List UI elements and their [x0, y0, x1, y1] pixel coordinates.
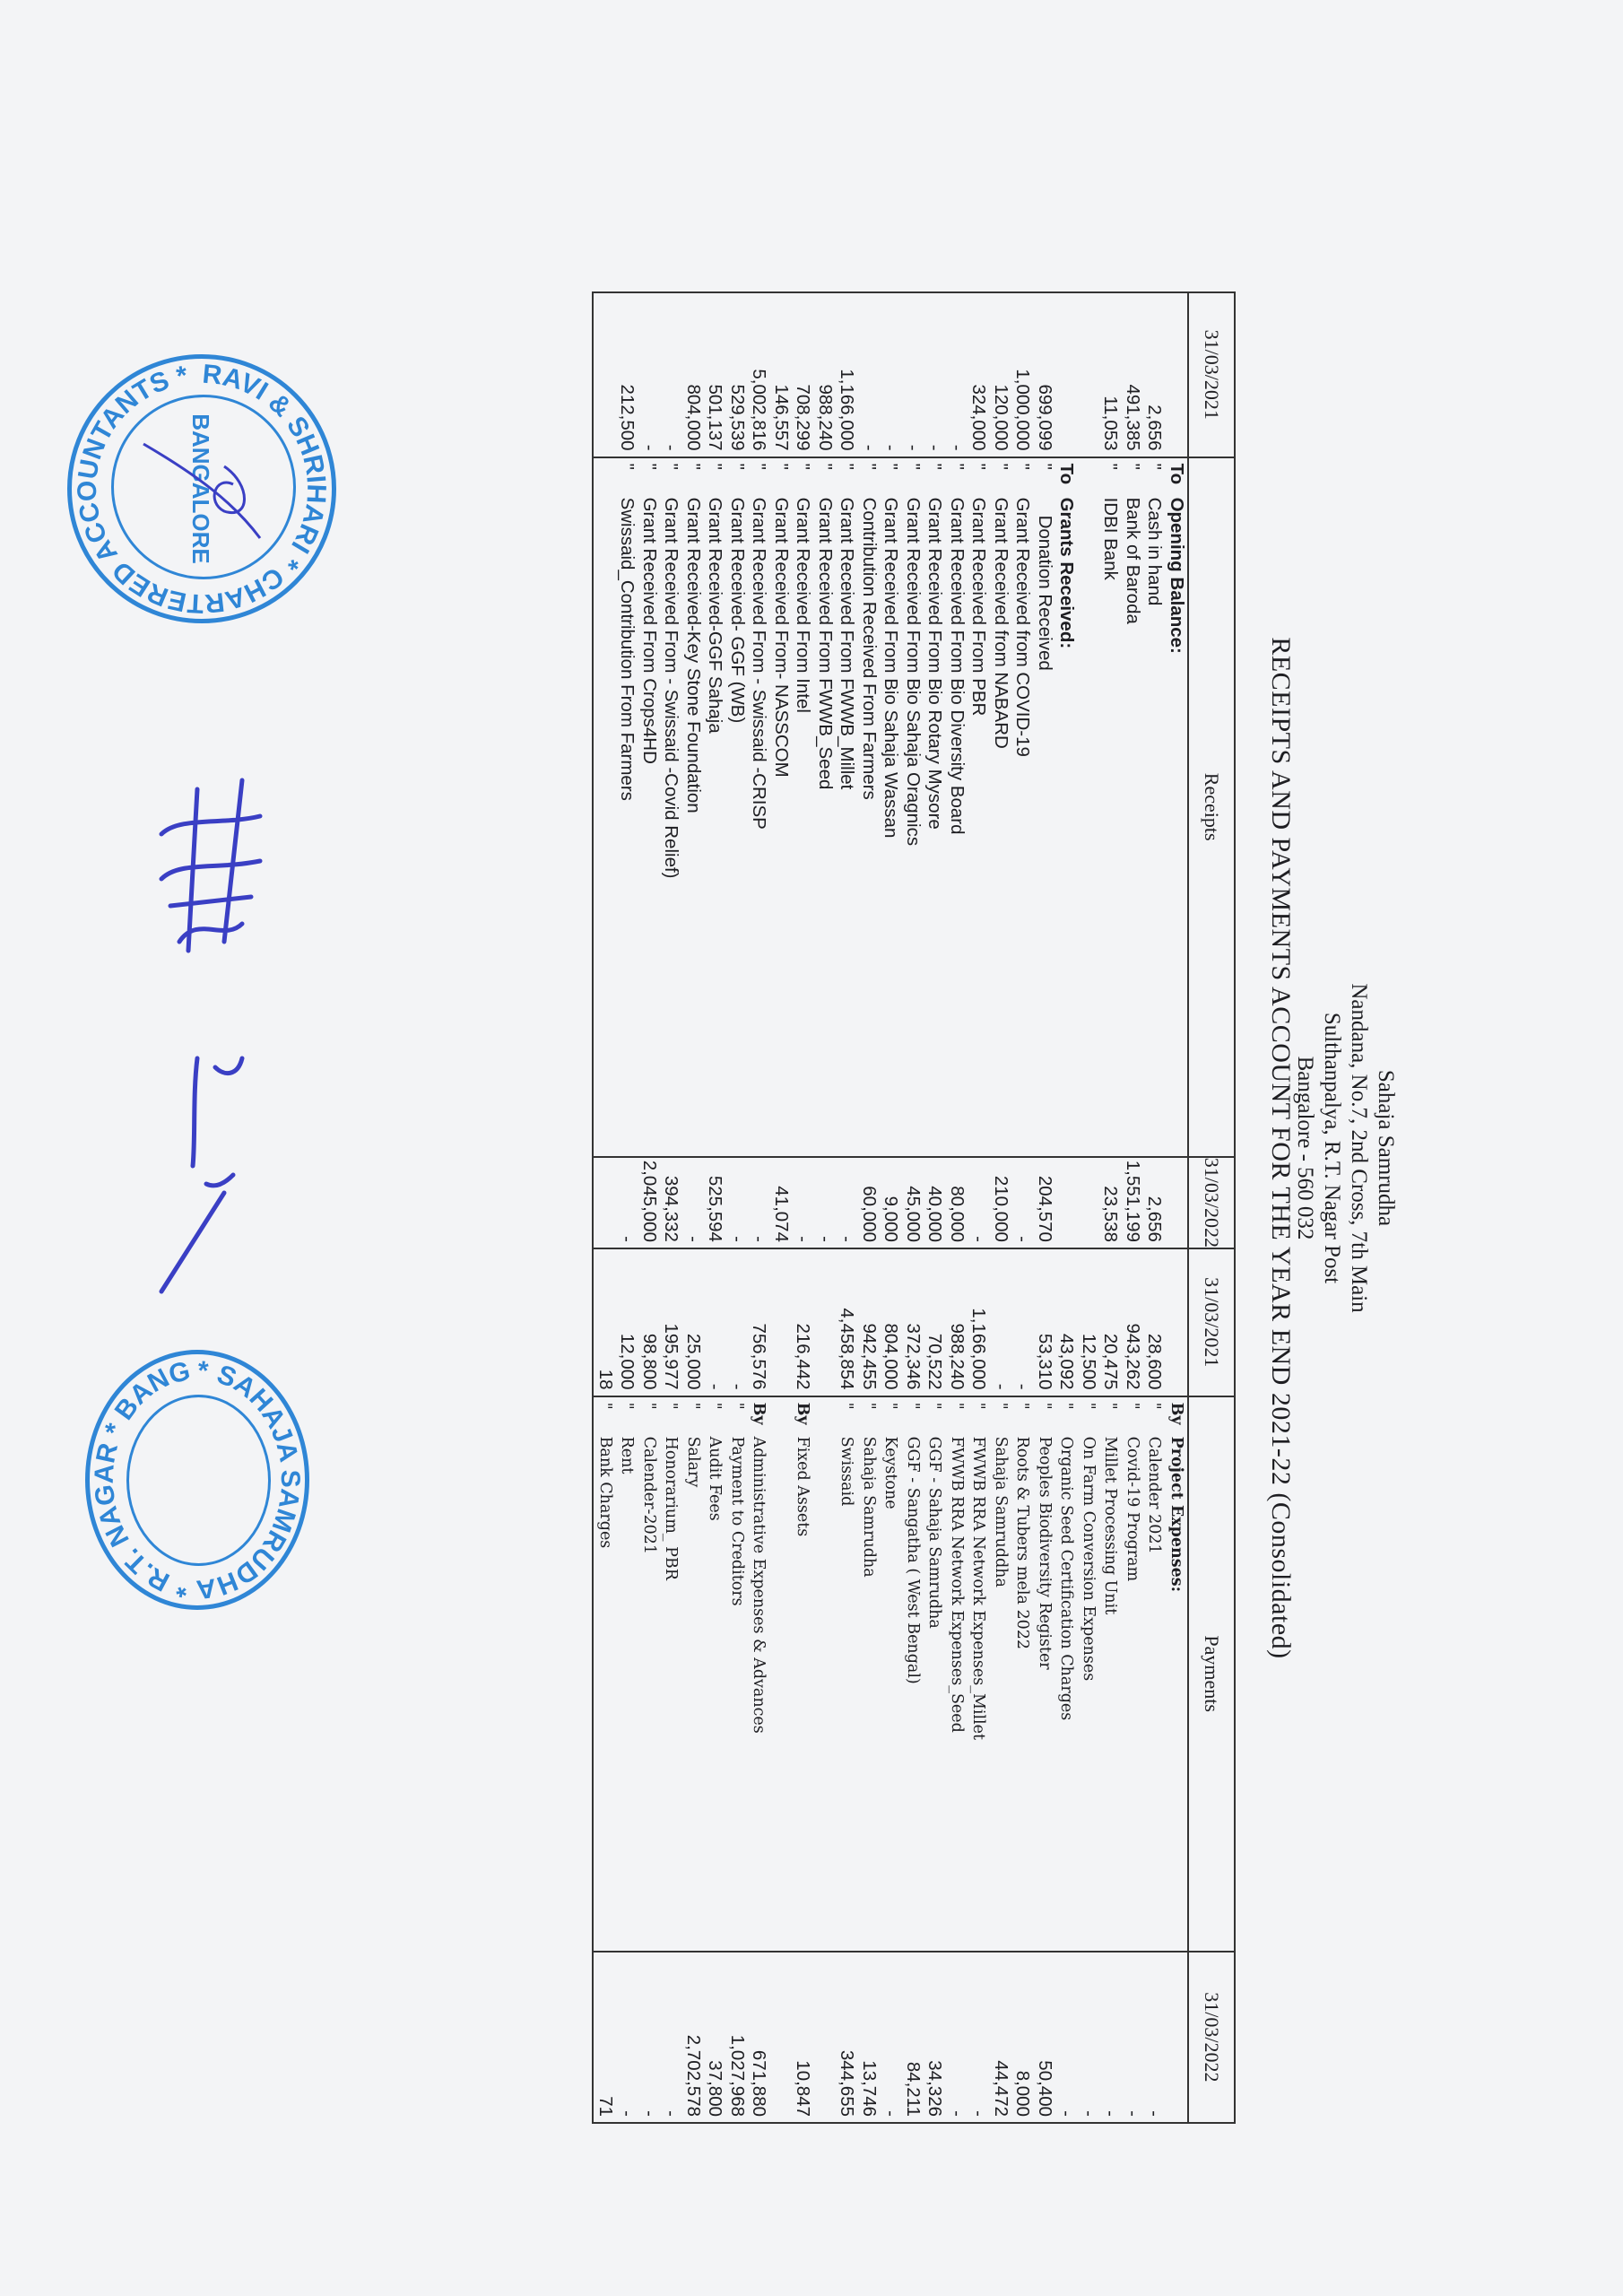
line-prefix: To [1166, 458, 1188, 498]
payments-prev-value: - [726, 1249, 749, 1390]
payments-curr-value: - [616, 1952, 638, 2117]
payments-line-item: ByFixed Assets [792, 1397, 814, 1951]
payments-line-item: "Rent [616, 1397, 638, 1951]
payments-curr-value [814, 1952, 837, 2117]
payments-line-item [814, 1397, 837, 1951]
line-prefix: " [1143, 1397, 1166, 1437]
payments-line-item: ByAdministrative Expenses & Advances [748, 1397, 770, 1951]
payments-prev-value: - [990, 1249, 1012, 1390]
receipts-line-item: "Grant Received-GGF Sahaja [704, 458, 726, 1156]
line-label [816, 1437, 834, 1442]
address-line-2: Sulthanpalya, R.T. Nagar Post [1318, 0, 1345, 2296]
receipts-curr-value: 204,570 [1034, 1158, 1056, 1242]
line-label: Grant Received-GGF Sahaja [706, 498, 726, 734]
line-prefix: " [726, 1397, 749, 1437]
receipts-line-item: "Grant Received- GGF (WB) [726, 458, 749, 1156]
payments-line-item: "Audit Fees [704, 1397, 726, 1951]
line-label: Payment to Creditors [728, 1437, 746, 1606]
payments-curr-value: 71 [595, 1952, 617, 2117]
line-label: Keystone [882, 1437, 900, 1509]
line-label: Grant Received From - Swissaid -CRISP [750, 498, 770, 830]
payments-line-item: "Sahaja Samrudha [858, 1397, 881, 1951]
receipts-prev-value: - [858, 293, 881, 451]
receipts-description-column: ToOpening Balance:"Cash in hand"Bank of … [594, 457, 1189, 1157]
receipts-prev-value: 988,240 [814, 293, 837, 451]
receipts-line-item: "Grant Received From PBR [968, 458, 990, 1156]
receipts-curr-value: 1,551,199 [1122, 1158, 1144, 1242]
line-label: Opening Balance: [1167, 498, 1187, 654]
payments-curr-value: 8,000 [1011, 1952, 1034, 2117]
payments-line-item: "Peoples Biodiversity Register [1034, 1397, 1056, 1951]
line-prefix: " [704, 458, 726, 498]
payments-line-item: "FWWB RRA Network Expenses_Millet [968, 1397, 990, 1951]
receipts-prev-value: - [924, 293, 946, 451]
receipts-line-item: "Grant Received From Intel [792, 458, 814, 1156]
header-receipts: Receipts [1188, 457, 1235, 1157]
receipts-line-item: "Donation Received [1034, 458, 1056, 1156]
receipts-prev-value: 5,002,816 [748, 293, 770, 451]
line-label: Grant Received From PBR [969, 498, 990, 717]
line-prefix: " [638, 458, 661, 498]
payments-line-item: ByProject Expenses: [1166, 1397, 1188, 1951]
payments-line-item: "Keystone [880, 1397, 902, 1951]
payments-curr-value: - [660, 1952, 682, 2117]
receipts-prev-value: 212,500 [616, 293, 638, 451]
receipts-prev-value: 699,099 [1034, 293, 1056, 451]
auditor-stamp: RAVI & SHRIHARI * CHARTERED ACCOUNTANTS … [67, 354, 336, 623]
line-prefix: " [858, 458, 881, 498]
line-label: Grant Received From FWWB_Millet [838, 498, 858, 790]
receipts-line-item: "Grant Received From FWWB_Millet [836, 458, 858, 1156]
receipts-line-item: "Grant Received From FWWB_Seed [814, 458, 837, 1156]
payments-curr-value: 44,472 [990, 1952, 1012, 2117]
header-receipts-prev-year: 31/03/2021 [1188, 292, 1235, 457]
receipts-curr-value: - [836, 1158, 858, 1242]
line-prefix: " [902, 1397, 924, 1437]
receipts-prev-value: 708,299 [792, 293, 814, 451]
line-label: Swissaid_Contribution From Farmers [618, 498, 638, 801]
receipts-line-item: "Grant Received From Bio Sahaja Wassan [880, 458, 902, 1156]
header-payments-prev-year: 31/03/2021 [1188, 1248, 1235, 1396]
line-prefix: " [1011, 1397, 1034, 1437]
line-label: Swissaid [838, 1437, 856, 1507]
receipts-line-item [1078, 458, 1100, 1156]
receipts-line-item: "Contribution Received From Farmers [858, 458, 881, 1156]
line-prefix: " [682, 458, 705, 498]
line-prefix: " [814, 458, 837, 498]
line-prefix: " [880, 458, 902, 498]
line-prefix: " [748, 458, 770, 498]
payments-curr-value: 34,326 [924, 1952, 946, 2117]
payments-line-item: "Payment to Creditors [726, 1397, 749, 1951]
payments-line-item: "Covid-19 Program [1122, 1397, 1144, 1951]
line-prefix: " [704, 1397, 726, 1437]
svg-text:* SAHAJA SAMRUDHA * R.T. NAGAR: * SAHAJA SAMRUDHA * R.T. NAGAR * BANGALO… [90, 1354, 305, 1605]
line-label: IDBI Bank [1101, 498, 1122, 580]
line-prefix: " [1078, 1397, 1100, 1437]
receipts-line-item: "Grant Received From - Swissaid -CRISP [748, 458, 770, 1156]
receipts-curr-value: 2,656 [1143, 1158, 1166, 1242]
header-payments-curr-year: 31/03/2022 [1188, 1952, 1235, 2123]
payments-curr-value [1166, 1952, 1188, 2117]
line-label: Bank of Baroda [1123, 498, 1143, 624]
line-prefix: " [880, 1397, 902, 1437]
receipts-prev-value: 804,000 [682, 293, 705, 451]
payments-prev-value: 942,455 [858, 1249, 881, 1390]
line-label: GGF - Sangatha ( West Bengal) [904, 1437, 922, 1684]
line-label: FWWB RRA Network Expenses_Seed [948, 1437, 966, 1733]
line-prefix: " [792, 458, 814, 498]
receipts-curr-value: - [748, 1158, 770, 1242]
line-label: Grant Received From- NASSCOM [771, 498, 792, 778]
payments-curr-value: 84,211 [902, 1952, 924, 2117]
line-label: Grant Received From Intel [794, 498, 814, 713]
payments-prev-value: 756,576 [748, 1249, 770, 1390]
line-label: Donation Received [1035, 498, 1055, 671]
line-prefix: " [1055, 1397, 1078, 1437]
line-label: Audit Fees [707, 1437, 725, 1521]
line-label: GGF - Sahaja Samrudha [926, 1437, 944, 1629]
line-label: Grant Received from COVID-19 [1013, 498, 1034, 757]
payments-curr-value: - [1055, 1952, 1078, 2117]
line-label: Grant Received From Bio Rotary Mysore [925, 498, 946, 830]
receipts-curr-value: 41,074 [770, 1158, 793, 1242]
line-prefix: By [1166, 1397, 1188, 1437]
line-label: Administrative Expenses & Advances [751, 1437, 768, 1734]
line-label: Contribution Received From Farmers [859, 498, 880, 800]
line-prefix: By [792, 1397, 814, 1437]
receipts-curr-value: - [968, 1158, 990, 1242]
receipts-curr-value: 525,594 [704, 1158, 726, 1242]
payments-curr-year-column: -----50,4008,00044,472--34,32684,211-13,… [594, 1952, 1189, 2123]
payments-line-item: "FWWB RRA Network Expenses_Seed [946, 1397, 968, 1951]
receipts-curr-value: 23,538 [1099, 1158, 1122, 1242]
line-prefix: By [748, 1397, 770, 1437]
line-label: Peoples Biodiversity Register [1036, 1437, 1054, 1670]
line-prefix: " [1099, 1397, 1122, 1437]
payments-line-item: "GGF - Sahaja Samrudha [924, 1397, 946, 1951]
organization-name: Sahaja Samrudha [1372, 0, 1399, 2296]
document-page: Sahaja Samrudha Nandana, No.7, 2nd Cross… [0, 0, 1623, 2296]
receipts-curr-value [1166, 1158, 1188, 1242]
payments-line-item: "On Farm Conversion Expenses [1078, 1397, 1100, 1951]
line-prefix: " [1143, 458, 1166, 498]
payments-curr-value: - [880, 1952, 902, 2117]
receipts-prev-value: 2,656 [1143, 293, 1166, 451]
payments-prev-value: 943,262 [1122, 1249, 1144, 1390]
payments-prev-value: 12,500 [1078, 1249, 1100, 1390]
payments-prev-value [1166, 1249, 1188, 1390]
payments-prev-value: 195,977 [660, 1249, 682, 1390]
line-label: Sahaja Samruddha [992, 1437, 1010, 1587]
receipts-line-item: "IDBI Bank [1099, 458, 1122, 1156]
receipts-prev-value: - [638, 293, 661, 451]
line-prefix: " [836, 458, 858, 498]
receipts-curr-value: - [726, 1158, 749, 1242]
receipts-line-item: "Grant Received From- NASSCOM [770, 458, 793, 1156]
payments-line-item: "Bank Charges [595, 1397, 617, 1951]
line-prefix: " [946, 1397, 968, 1437]
line-prefix: " [990, 1397, 1012, 1437]
line-prefix: " [770, 458, 793, 498]
payments-prev-value: 804,000 [880, 1249, 902, 1390]
receipts-line-item: ToGrants Received: [1055, 458, 1078, 1156]
receipts-prev-value: - [946, 293, 968, 451]
header-receipts-curr-year: 31/03/2022 [1188, 1157, 1235, 1248]
line-prefix: " [682, 1397, 705, 1437]
receipts-prev-value: 120,000 [990, 293, 1012, 451]
payments-prev-year-column: 28,600943,26220,47512,50043,09253,310--1… [594, 1248, 1189, 1396]
line-prefix: " [638, 1397, 661, 1437]
payments-prev-value: - [704, 1249, 726, 1390]
line-prefix: " [968, 458, 990, 498]
line-prefix: " [946, 458, 968, 498]
payments-curr-value: 10,847 [792, 1952, 814, 2117]
payments-prev-value [814, 1249, 837, 1390]
line-label: Grant Received- GGF (WB) [727, 498, 748, 724]
line-label: Millet Processing Unit [1102, 1437, 1120, 1615]
organization-stamp-text-icon: * SAHAJA SAMRUDHA * R.T. NAGAR * BANGALO… [90, 1354, 305, 1605]
payments-prev-value [770, 1249, 793, 1390]
line-label: Covid-19 Program [1124, 1437, 1141, 1582]
line-prefix: " [1034, 458, 1056, 498]
receipts-line-item: "Bank of Baroda [1122, 458, 1144, 1156]
receipts-line-item: "Swissaid_Contribution From Farmers [616, 458, 638, 1156]
payments-curr-value: - [968, 1952, 990, 2117]
line-label [1079, 498, 1099, 503]
receipts-prev-value: 11,053 [1099, 293, 1122, 451]
line-label: Grants Received: [1057, 498, 1078, 649]
payments-prev-value: 28,600 [1143, 1249, 1166, 1390]
receipts-curr-value: - [1011, 1158, 1034, 1242]
line-label: Cash in hand [1145, 498, 1166, 606]
line-label: Bank Charges [596, 1437, 614, 1549]
payments-curr-value [770, 1952, 793, 2117]
line-prefix: " [924, 1397, 946, 1437]
line-prefix: " [1099, 458, 1122, 498]
receipts-prev-value: 1,166,000 [836, 293, 858, 451]
receipts-prev-value: 146,557 [770, 293, 793, 451]
payments-line-item: "Millet Processing Unit [1099, 1397, 1122, 1951]
receipts-curr-value: 9,000 [880, 1158, 902, 1242]
organization-stamp: * SAHAJA SAMRUDHA * R.T. NAGAR * BANGALO… [85, 1350, 309, 1610]
line-prefix: " [1034, 1397, 1056, 1437]
receipts-line-item: "Grant Received From - Swissaid -Covid R… [660, 458, 682, 1156]
payments-prev-value: 43,092 [1055, 1249, 1078, 1390]
payments-curr-value: - [1078, 1952, 1100, 2117]
line-prefix: " [726, 458, 749, 498]
line-label: Organic Seed Certification Charges [1058, 1437, 1076, 1721]
payments-line-item: "GGF - Sangatha ( West Bengal) [902, 1397, 924, 1951]
line-label: FWWB RRA Network Expenses_Millet [970, 1437, 988, 1740]
line-label: Grant Received From FWWB_Seed [815, 498, 836, 790]
payments-line-item: "Salary [682, 1397, 705, 1951]
payments-prev-value: 25,000 [682, 1249, 705, 1390]
payments-line-item: "Calender 2021 [1143, 1397, 1166, 1951]
payments-curr-value: - [946, 1952, 968, 2117]
receipts-curr-value: - [814, 1158, 837, 1242]
payments-line-item: "Calender-2021 [638, 1397, 661, 1951]
payments-curr-value: - [638, 1952, 661, 2117]
payments-prev-value: 1,166,000 [968, 1249, 990, 1390]
receipts-curr-value: 60,000 [858, 1158, 881, 1242]
payments-line-item: "Organic Seed Certification Charges [1055, 1397, 1078, 1951]
payments-line-item: "Roots & Tubers mela 2022 [1011, 1397, 1034, 1951]
receipts-line-item: "Grant Received From Bio Sahaja Oragnics [902, 458, 924, 1156]
payments-prev-value: 20,475 [1099, 1249, 1122, 1390]
line-label [772, 1437, 790, 1442]
payments-curr-value: 671,880 [748, 1952, 770, 2117]
line-label: Calender-2021 [640, 1437, 658, 1554]
payments-prev-value: 216,442 [792, 1249, 814, 1390]
line-prefix: " [924, 458, 946, 498]
line-prefix: " [836, 1397, 858, 1437]
organization-header: Sahaja Samrudha Nandana, No.7, 2nd Cross… [1291, 0, 1399, 2296]
line-prefix: " [902, 458, 924, 498]
receipts-prev-year-column: 2,656491,38511,053 699,0991,000,000120,0… [594, 292, 1189, 457]
payments-curr-value: 37,800 [704, 1952, 726, 2117]
line-label: Grant Received From Bio Sahaja Wassan [881, 498, 902, 839]
signature-2-icon [135, 1040, 278, 1309]
receipts-prev-value [1078, 293, 1100, 451]
line-prefix: " [660, 458, 682, 498]
payments-prev-value: 4,458,854 [836, 1249, 858, 1390]
header-payments: Payments [1188, 1396, 1235, 1952]
line-prefix: " [968, 1397, 990, 1437]
receipts-line-item: ToOpening Balance: [1166, 458, 1188, 1156]
payments-curr-value: 1,027,968 [726, 1952, 749, 2117]
line-prefix: " [616, 458, 638, 498]
line-label: Rent [619, 1437, 637, 1474]
payments-prev-value: 988,240 [946, 1249, 968, 1390]
receipts-curr-value: - [682, 1158, 705, 1242]
payments-prev-value: 372,346 [902, 1249, 924, 1390]
signature-1-icon [152, 762, 278, 978]
receipts-curr-year-column: 2,6561,551,19923,538 204,570-210,000-80,… [594, 1157, 1189, 1248]
payments-curr-value: - [1099, 1952, 1122, 2117]
receipts-line-item: "Grant Received from COVID-19 [1011, 458, 1034, 1156]
receipts-prev-value [1166, 293, 1188, 451]
receipts-line-item: "Grant Received From Bio Diversity Board [946, 458, 968, 1156]
receipts-prev-value [1055, 293, 1078, 451]
line-label: Grant Received From Crops4HD [639, 498, 660, 764]
payments-description-column: ByProject Expenses:"Calender 2021"Covid-… [594, 1396, 1189, 1952]
line-label: Grant Received-Key Stone Foundation [683, 498, 704, 813]
receipts-curr-value [1055, 1158, 1078, 1242]
line-prefix: " [990, 458, 1012, 498]
payments-line-item [770, 1397, 793, 1951]
payments-prev-value: 53,310 [1034, 1249, 1056, 1390]
line-label: Grant Received From Bio Diversity Board [947, 498, 968, 835]
line-label: Grant Received From - Swissaid -Covid Re… [662, 498, 682, 879]
receipts-prev-value: - [660, 293, 682, 451]
payments-prev-value: 18 [595, 1249, 617, 1390]
payments-line-item: "Swissaid [836, 1397, 858, 1951]
line-prefix: " [1122, 458, 1144, 498]
payments-line-item: "Sahaja Samruddha [990, 1397, 1012, 1951]
receipts-curr-value: 210,000 [990, 1158, 1012, 1242]
payments-prev-value: 98,800 [638, 1249, 661, 1390]
line-prefix: " [1011, 458, 1034, 498]
payments-curr-value: - [1122, 1952, 1144, 2117]
receipts-curr-value: 40,000 [924, 1158, 946, 1242]
line-prefix: " [616, 1397, 638, 1437]
receipts-line-item: "Grant Received-Key Stone Foundation [682, 458, 705, 1156]
line-prefix: " [595, 1397, 617, 1437]
receipts-line-item: "Cash in hand [1143, 458, 1166, 1156]
payments-curr-value: 50,400 [1034, 1952, 1056, 2117]
payments-line-item: "Honorarium_ PBR [660, 1397, 682, 1951]
line-label: Honorarium_ PBR [663, 1437, 681, 1580]
line-label: On Farm Conversion Expenses [1080, 1437, 1098, 1682]
receipts-line-item: "Grant Received From Bio Rotary Mysore [924, 458, 946, 1156]
line-prefix: " [858, 1397, 881, 1437]
line-label: Roots & Tubers mela 2022 [1014, 1437, 1032, 1649]
receipts-curr-value: 80,000 [946, 1158, 968, 1242]
receipts-prev-value: - [902, 293, 924, 451]
receipts-prev-value: 324,000 [968, 293, 990, 451]
payments-curr-value: - [1143, 1952, 1166, 2117]
receipts-curr-value: 2,045,000 [638, 1158, 661, 1242]
auditor-stamp-text-icon: RAVI & SHRIHARI * CHARTERED ACCOUNTANTS … [72, 359, 332, 619]
receipts-line-item: "Grant Received From Crops4HD [638, 458, 661, 1156]
line-label: Grant Received from NABARD [991, 498, 1011, 749]
receipts-prev-value: 529,539 [726, 293, 749, 451]
line-label: Salary [684, 1437, 702, 1488]
receipts-curr-value [1078, 1158, 1100, 1242]
line-label: Grant Received From Bio Sahaja Oragnics [903, 498, 924, 847]
receipts-curr-value: 394,332 [660, 1158, 682, 1242]
payments-curr-value: 344,655 [836, 1952, 858, 2117]
receipts-prev-value: 1,000,000 [1011, 293, 1034, 451]
line-prefix: To [1055, 458, 1078, 498]
payments-prev-value: 12,000 [616, 1249, 638, 1390]
receipts-prev-value: 501,137 [704, 293, 726, 451]
line-label: Calender 2021 [1146, 1437, 1164, 1554]
line-prefix: " [660, 1397, 682, 1437]
line-label: Sahaja Samrudha [860, 1437, 878, 1578]
payments-prev-value: 70,522 [924, 1249, 946, 1390]
receipts-curr-value: - [616, 1158, 638, 1242]
receipts-line-item: "Grant Received from NABARD [990, 458, 1012, 1156]
payments-prev-value: - [1011, 1249, 1034, 1390]
receipts-curr-value: 45,000 [902, 1158, 924, 1242]
line-prefix: " [1122, 1397, 1144, 1437]
receipts-prev-value: 491,385 [1122, 293, 1144, 451]
payments-curr-value: 13,746 [858, 1952, 881, 2117]
line-label: Project Expenses: [1167, 1437, 1185, 1593]
receipts-payments-table: 31/03/2021 Receipts 31/03/2022 31/03/202… [593, 291, 1237, 2124]
payments-curr-value: 2,702,578 [682, 1952, 705, 2117]
receipts-curr-value: - [792, 1158, 814, 1242]
receipts-prev-value: - [880, 293, 902, 451]
document-title: RECEIPTS AND PAYMENTS ACCOUNT FOR THE YE… [1265, 0, 1296, 2296]
line-label: Fixed Assets [794, 1437, 812, 1537]
address-line-1: Nandana, No.7, 2nd Cross, 7th Main [1345, 0, 1372, 2296]
